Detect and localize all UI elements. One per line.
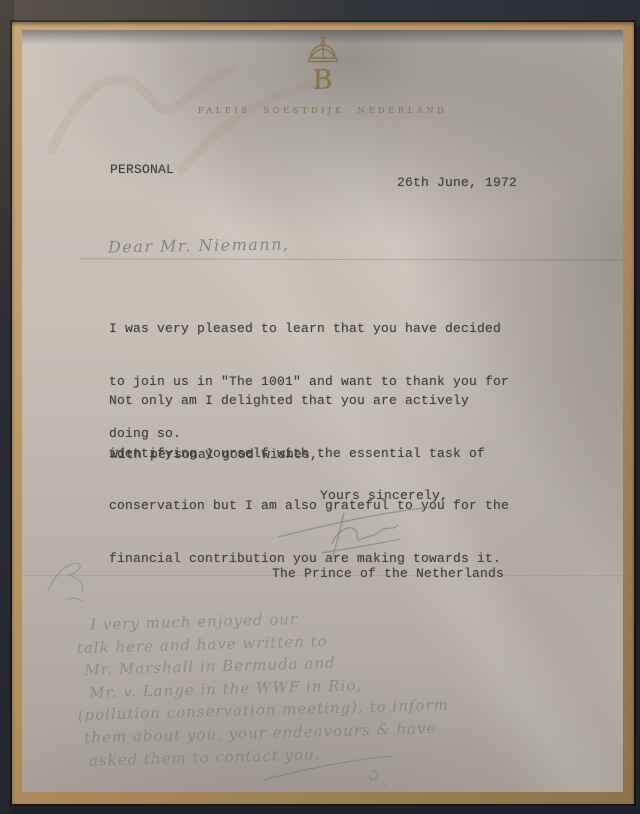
fold-crease (80, 258, 623, 260)
letter-date: 26th June, 1972 (397, 175, 517, 190)
closing-line: With personal good wishes, (110, 447, 318, 462)
paragraph-2: Not only am I delighted that you are act… (109, 360, 509, 600)
valediction: Yours sincerely, (320, 488, 448, 503)
signer-title: The Prince of the Netherlands (272, 566, 504, 581)
paragraph-line: Not only am I delighted that you are act… (109, 390, 509, 413)
paragraph-line: I was very pleased to learn that you hav… (109, 318, 509, 341)
handwritten-salutation: Dear Mr. Niemann, (108, 234, 290, 256)
pencil-initial-mark (38, 555, 98, 605)
palace-name-line: PALEIS SOESTDIJK NEDERLAND (22, 106, 623, 116)
letter-paper: B PALEIS SOESTDIJK NEDERLAND PERSONAL 26… (22, 30, 623, 792)
picture-frame: B PALEIS SOESTDIJK NEDERLAND PERSONAL 26… (12, 22, 634, 804)
handwritten-postscript: I very much enjoyed our talk here and ha… (70, 604, 451, 773)
personal-label: PERSONAL (110, 162, 174, 177)
note-flourish-initials (260, 750, 400, 792)
photo-of-framed-letter: B PALEIS SOESTDIJK NEDERLAND PERSONAL 26… (0, 0, 640, 814)
royal-monogram: B (22, 68, 623, 94)
letterhead: B PALEIS SOESTDIJK NEDERLAND (22, 34, 623, 116)
signature-scrawl (274, 503, 444, 563)
crown-icon (302, 34, 344, 68)
fold-crease-lower (22, 575, 623, 576)
